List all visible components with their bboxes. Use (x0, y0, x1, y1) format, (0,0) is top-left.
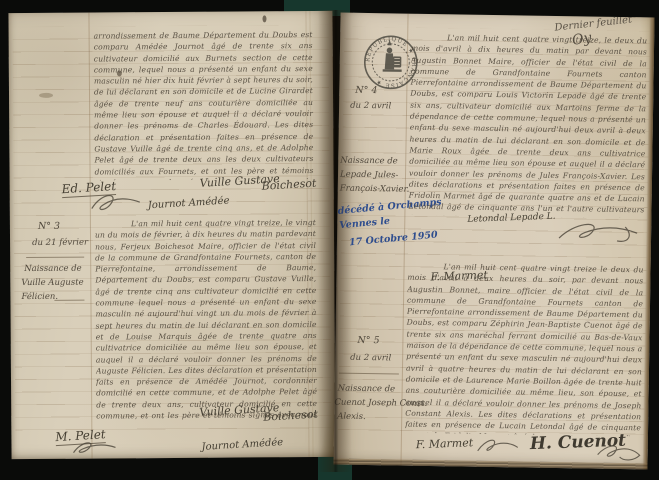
ink-speck (262, 15, 266, 22)
record-3-margin-title-1: Naissance de (24, 263, 82, 275)
record-3-margin-title-2: Vuille Auguste (21, 277, 83, 289)
record-continuation-text: arrondissement de Baume Département du D… (94, 29, 314, 181)
signature-paraph (474, 435, 522, 458)
death-mention-line-2: Vennes le (339, 214, 391, 233)
signature-paraph (69, 438, 119, 458)
record-4-text: L'an mil huit cent quatre vingt treize, … (408, 32, 647, 219)
margin-separator (339, 373, 399, 375)
record-4-margin-date: du 2 avril (350, 100, 391, 113)
record-4-margin-title-3: François-Xavier. (340, 183, 410, 196)
margin-rule-left-page (88, 13, 92, 459)
right-page: RÉPUBLIQUE ★ FRANÇAISE ★ Dernier feuille… (333, 13, 654, 470)
record-5-margin-date: du 2 avril (350, 352, 391, 365)
record-5-margin-title-3: Alexis. (337, 411, 366, 423)
record-5-margin-title-1: Naissance de (338, 383, 396, 396)
left-page: arrondissement de Baume Département du D… (8, 11, 335, 459)
record-4-margin-title-2: Lepade Jules- (340, 169, 398, 182)
record-4-margin-number: N° 4 (355, 85, 377, 97)
signature-f-marmet-2: F. Marmet (416, 436, 474, 451)
margin-underline (54, 300, 84, 301)
signature-paraph (596, 441, 642, 466)
signature-letondal-lepade: Letondal Lepade L. (467, 212, 556, 225)
signature-journot: Journot Amédée (148, 195, 230, 211)
signature-paraph-marmet (555, 218, 641, 249)
record-3-margin-number: N° 3 (38, 221, 60, 233)
record-5-text: L'an mil huit cent quatre vingt treize l… (405, 261, 644, 437)
record-3-text: L'an mil huit cent quatre vingt treize, … (95, 217, 317, 423)
signature-paraph (88, 190, 144, 216)
signature-boichesot-2: Boichesot (263, 408, 318, 424)
record-3-margin-title-3: Félicien. (21, 291, 58, 303)
signature-boichesot: Boichesot (261, 177, 316, 193)
register-scan-viewer: arrondissement de Baume Département du D… (0, 0, 659, 480)
smudge (39, 93, 53, 98)
record-3-margin-date: du 21 février (32, 237, 88, 249)
record-5-margin-number: N° 5 (357, 335, 379, 347)
margin-separator (26, 257, 84, 258)
verifier-annotation: Dernier feuillet (554, 14, 633, 33)
record-4-margin-title-1: Naissance de (340, 155, 398, 168)
signature-journot-2: Journot Amédée (201, 437, 283, 453)
